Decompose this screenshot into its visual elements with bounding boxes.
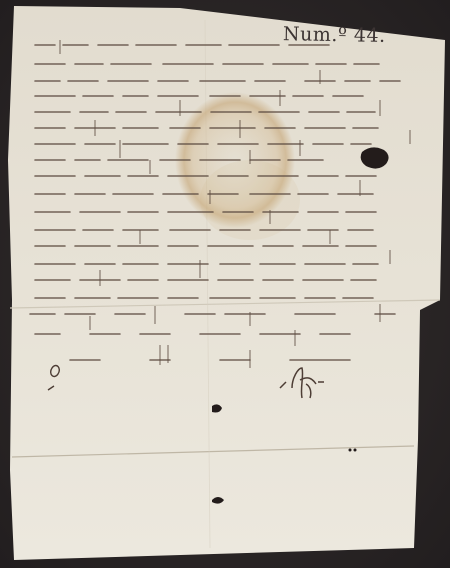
handwritten-text-block [0, 0, 450, 568]
signature-mark [280, 368, 324, 398]
